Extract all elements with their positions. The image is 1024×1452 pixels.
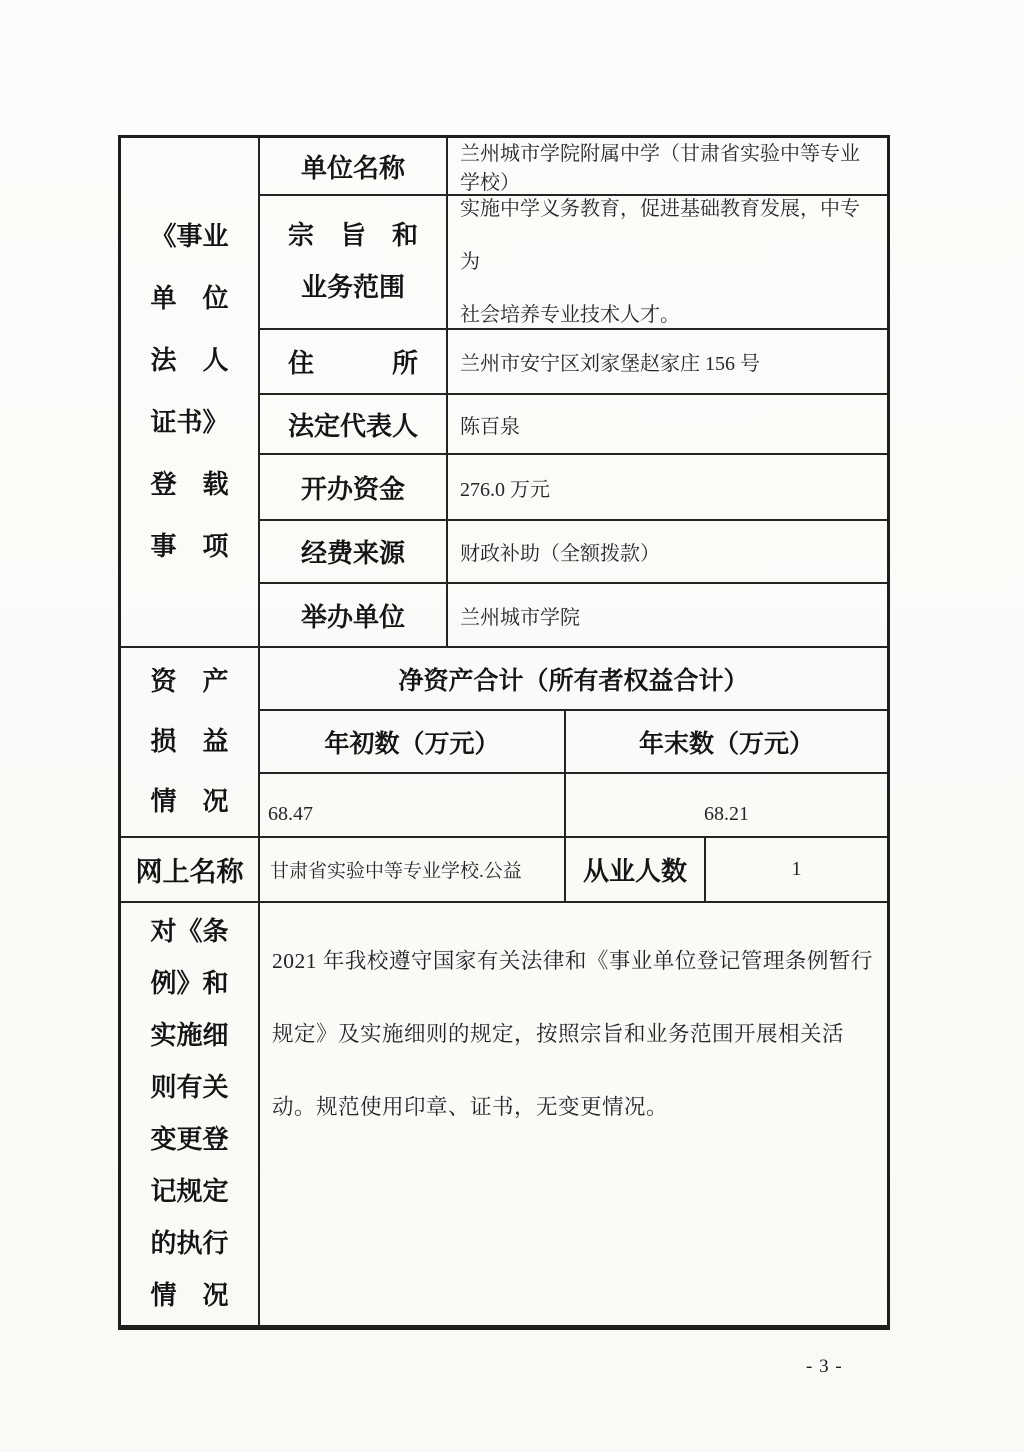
section-header-line: 单 位	[150, 268, 228, 330]
purpose-label: 宗 旨 和 业务范围	[260, 196, 448, 328]
domicile-value: 兰州市安宁区刘家堡赵家庄 156 号	[448, 330, 887, 393]
unit-name-label: 单位名称	[260, 138, 448, 194]
compliance-section-header: 对《条 例》和 实施细 则有关 变更登 记规定 的执行 情 况	[121, 903, 260, 1325]
assets-period-header-row: 年初数（万元） 年末数（万元）	[260, 711, 887, 774]
staff-count-value: 1	[706, 838, 887, 901]
opening-capital-label: 开办资金	[260, 455, 448, 519]
section-header-line: 法 人	[150, 330, 228, 392]
assets-section-header: 资 产 损 益 情 况	[121, 648, 260, 836]
assets-values-row: 68.47 68.21	[260, 774, 887, 836]
section-header-line: 则有关	[150, 1062, 228, 1114]
section-header-line: 对《条	[150, 906, 228, 958]
online-name-value: 甘肃省实验中等专业学校.公益	[260, 838, 566, 901]
section-header-line: 情 况	[150, 772, 228, 832]
net-assets-total-header: 净资产合计（所有者权益合计）	[260, 648, 887, 711]
funding-source-value: 财政补助（全额拨款）	[448, 521, 887, 582]
year-end-label: 年末数（万元）	[566, 711, 887, 772]
staff-count-label: 从业人数	[566, 838, 706, 901]
online-name-label: 网上名称	[121, 838, 260, 901]
section-header-line: 情 况	[150, 1270, 228, 1322]
organizer-value: 兰州城市学院	[448, 584, 887, 646]
purpose-label-line1: 宗 旨 和	[288, 210, 418, 262]
section-header-line: 记规定	[150, 1166, 228, 1218]
certificate-items-section: 《事业 单 位 法 人 证书》 登 载 事 项 单位名称 兰州城市学院附属中学（…	[121, 138, 887, 648]
domicile-row: 住 所 兰州市安宁区刘家堡赵家庄 156 号	[260, 330, 887, 395]
legal-representative-label: 法定代表人	[260, 395, 448, 453]
year-begin-label: 年初数（万元）	[260, 711, 566, 772]
document-page: 《事业 单 位 法 人 证书》 登 载 事 项 单位名称 兰州城市学院附属中学（…	[0, 0, 1024, 1452]
section-header-line: 变更登	[150, 1114, 228, 1166]
online-name-row: 网上名称 甘肃省实验中等专业学校.公益 从业人数 1	[121, 838, 887, 903]
purpose-value-line1: 实施中学义务教育，促进基础教育发展，中专为	[460, 183, 879, 289]
compliance-paragraph: 2021 年我校遵守国家有关法律和《事业单位登记管理条例暂行规定》及实施细则的规…	[260, 903, 887, 1325]
section-header-line: 事 项	[150, 516, 228, 578]
registration-report-table: 《事业 单 位 法 人 证书》 登 载 事 项 单位名称 兰州城市学院附属中学（…	[118, 135, 890, 1330]
certificate-section-header: 《事业 单 位 法 人 证书》 登 载 事 项	[121, 138, 260, 646]
domicile-label: 住 所	[260, 330, 448, 393]
purpose-row: 宗 旨 和 业务范围 实施中学义务教育，促进基础教育发展，中专为 社会培养专业技…	[260, 196, 887, 330]
section-header-line: 损 益	[150, 712, 228, 772]
section-header-line: 例》和	[150, 958, 228, 1010]
opening-capital-value: 276.0 万元	[448, 455, 887, 519]
section-header-line: 资 产	[150, 652, 228, 712]
funding-source-label: 经费来源	[260, 521, 448, 582]
organizer-label: 举办单位	[260, 584, 448, 646]
compliance-section: 对《条 例》和 实施细 则有关 变更登 记规定 的执行 情 况 2021 年我校…	[121, 903, 887, 1325]
section-header-line: 实施细	[150, 1010, 228, 1062]
section-header-line: 《事业	[150, 206, 228, 268]
purpose-label-line2: 业务范围	[301, 262, 405, 314]
legal-representative-row: 法定代表人 陈百泉	[260, 395, 887, 455]
page-number: - 3 -	[806, 1356, 843, 1378]
legal-representative-value: 陈百泉	[448, 395, 887, 453]
assets-rows: 净资产合计（所有者权益合计） 年初数（万元） 年末数（万元） 68.47 68.…	[260, 648, 887, 836]
year-end-value: 68.21	[566, 774, 887, 836]
section-header-line: 证书》	[150, 392, 228, 454]
purpose-value: 实施中学义务教育，促进基础教育发展，中专为 社会培养专业技术人才。	[448, 196, 887, 328]
opening-capital-row: 开办资金 276.0 万元	[260, 455, 887, 521]
funding-source-row: 经费来源 财政补助（全额拨款）	[260, 521, 887, 584]
assets-section: 资 产 损 益 情 况 净资产合计（所有者权益合计） 年初数（万元） 年末数（万…	[121, 648, 887, 838]
certificate-rows: 单位名称 兰州城市学院附属中学（甘肃省实验中等专业学校） 宗 旨 和 业务范围 …	[260, 138, 887, 646]
section-header-line: 登 载	[150, 454, 228, 516]
organizer-row: 举办单位 兰州城市学院	[260, 584, 887, 646]
section-header-line: 的执行	[150, 1218, 228, 1270]
year-begin-value: 68.47	[260, 774, 566, 836]
